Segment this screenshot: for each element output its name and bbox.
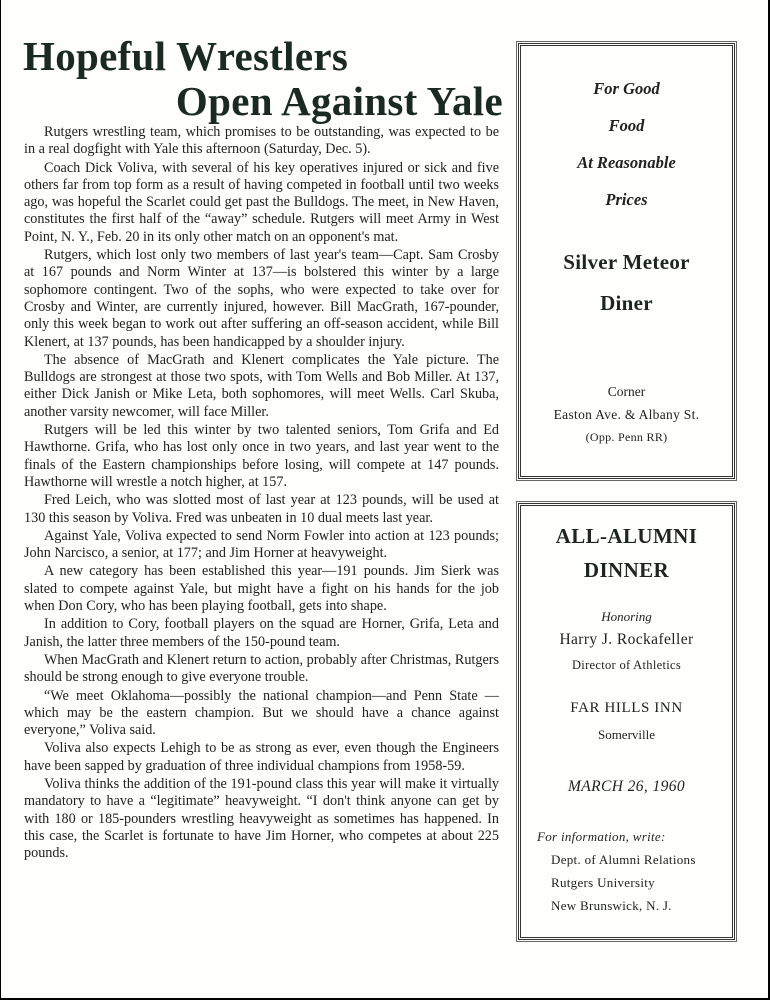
- paragraph: A new category has been established this…: [24, 563, 499, 615]
- slogan-line-4: Prices: [521, 190, 732, 210]
- slogan-line-1: For Good: [521, 79, 732, 99]
- article-body: Rutgers wrestling team, which promises t…: [24, 124, 499, 863]
- diner-advertisement: For Good Food At Reasonable Prices Silve…: [518, 43, 735, 479]
- event-date: MARCH 26, 1960: [521, 778, 732, 796]
- diner-name-line-2: Diner: [521, 291, 732, 316]
- headline-line-1: Hopeful Wrestlers: [23, 34, 503, 79]
- headline-line-2: Open Against Yale: [23, 79, 503, 124]
- contact-line-2: Rutgers University: [551, 875, 732, 891]
- slogan-line-2: Food: [521, 116, 732, 136]
- venue-name: FAR HILLS INN: [521, 700, 732, 717]
- paragraph: Rutgers, which lost only two members of …: [24, 247, 499, 351]
- diner-name-line-1: Silver Meteor: [521, 250, 732, 275]
- honoree-name: Harry J. Rockafeller: [521, 631, 732, 649]
- slogan-line-3: At Reasonable: [521, 153, 732, 173]
- diner-address-line-3: (Opp. Penn RR): [521, 430, 732, 445]
- paragraph: Against Yale, Voliva expected to send No…: [24, 528, 499, 563]
- document-page: Hopeful Wrestlers Open Against Yale Rutg…: [0, 0, 770, 1000]
- diner-address-line-1: Corner: [521, 384, 732, 400]
- paragraph: Voliva also expects Lehigh to be as stro…: [24, 740, 499, 775]
- paragraph: Rutgers will be led this winter by two t…: [24, 422, 499, 491]
- paragraph: In addition to Cory, football players on…: [24, 616, 499, 651]
- contact-line-3: New Brunswick, N. J.: [551, 898, 732, 914]
- contact-line-1: Dept. of Alumni Relations: [551, 852, 732, 868]
- paragraph: Coach Dick Voliva, with several of his k…: [24, 160, 499, 246]
- dinner-title-line-2: DINNER: [521, 558, 732, 583]
- honoree-title: Director of Athletics: [521, 658, 732, 673]
- paragraph: The absence of MacGrath and Klenert comp…: [24, 352, 499, 421]
- paragraph: Fred Leich, who was slotted most of last…: [24, 492, 499, 527]
- paragraph: When MacGrath and Klenert return to acti…: [24, 652, 499, 687]
- article-headline: Hopeful Wrestlers Open Against Yale: [23, 34, 503, 124]
- paragraph: Rutgers wrestling team, which promises t…: [24, 124, 499, 159]
- paragraph: Voliva thinks the addition of the 191-po…: [24, 776, 499, 862]
- alumni-dinner-advertisement: ALL-ALUMNI DINNER Honoring Harry J. Rock…: [518, 503, 735, 940]
- honoring-label: Honoring: [521, 609, 732, 625]
- paragraph: “We meet Oklahoma—possibly the national …: [24, 688, 499, 740]
- venue-town: Somerville: [521, 727, 732, 743]
- dinner-title-line-1: ALL-ALUMNI: [521, 524, 732, 549]
- diner-address-line-2: Easton Ave. & Albany St.: [521, 407, 732, 423]
- info-heading: For information, write:: [537, 829, 732, 845]
